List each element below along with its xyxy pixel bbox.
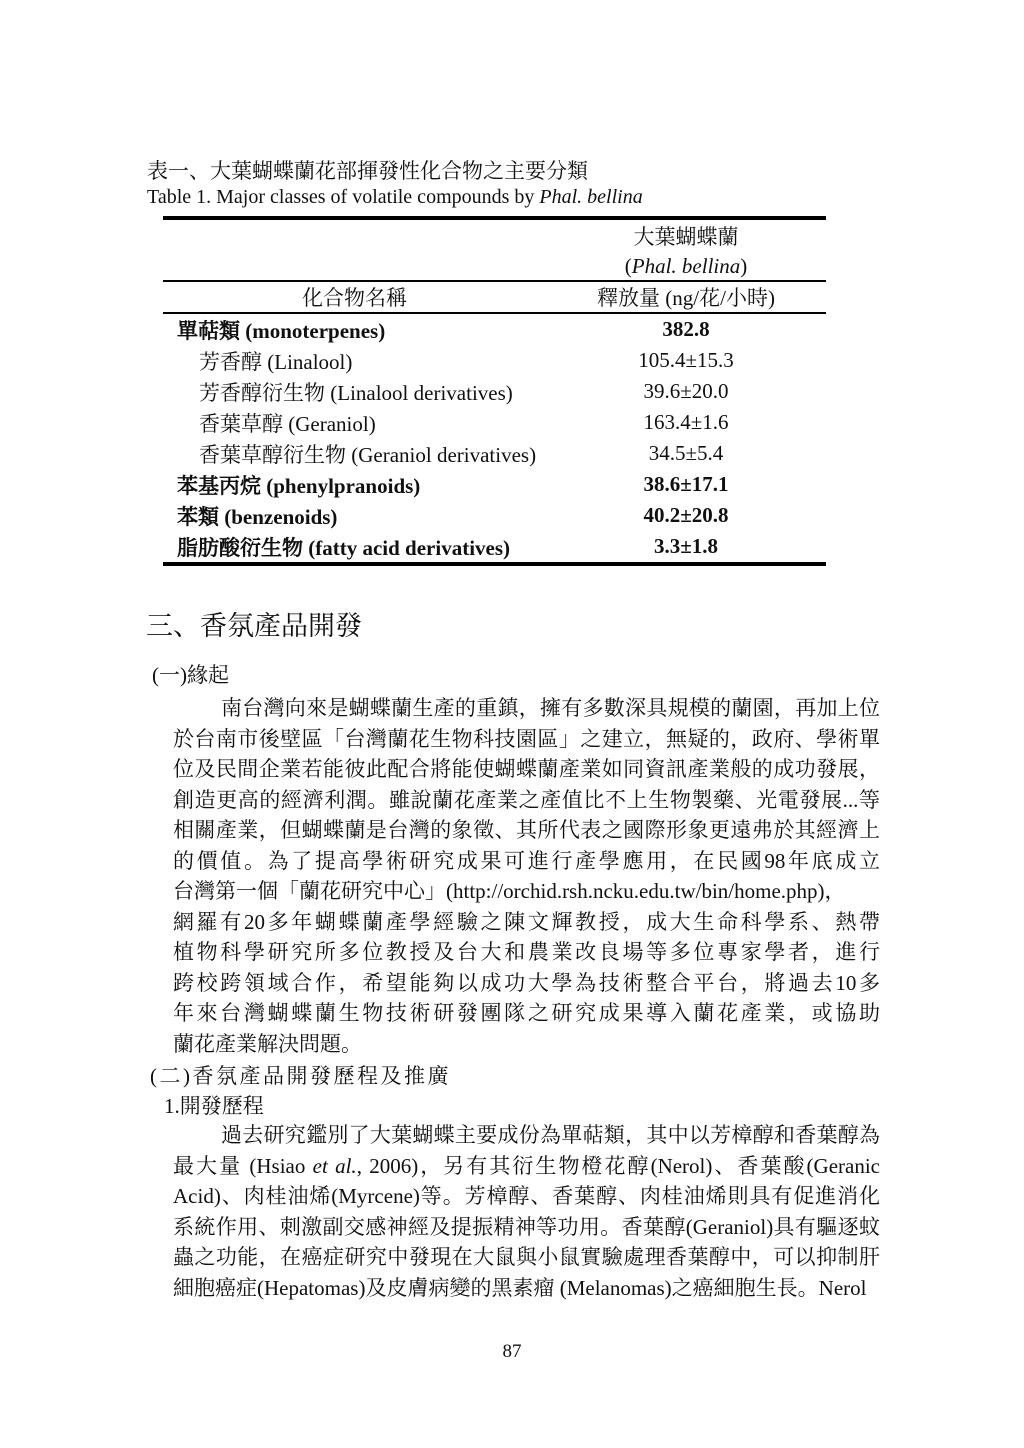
et-al-italic: et al. [313, 1154, 357, 1178]
paragraph-development: 過去研究鑑別了大葉蝴蝶主要成份為單萜類，其中以芳樟醇和香葉醇為 最大量 (Hsi… [173, 1120, 880, 1303]
emission-value-cell: 40.2±20.8 [546, 503, 826, 528]
document-page: 表一、大葉蝴蝶蘭花部揮發性化合物之主要分類 Table 1. Major cla… [0, 0, 1024, 1448]
compound-name-cell: 單萜類 (monoterpenes) [163, 315, 546, 345]
table-row: 單萜類 (monoterpenes) 382.8 [163, 314, 826, 345]
text-line: 系統作用、刺激副交感神經及提振精神等功用。香葉醇(Geraniol)具有驅逐蚊 [173, 1212, 880, 1243]
species-name-italic: Phal. bellina [539, 186, 642, 208]
list-item-development-history: 1.開發歷程 [164, 1090, 264, 1120]
emission-value-cell: 382.8 [546, 317, 826, 342]
table-column-header-row: 化合物名稱 釋放量 (ng/花/小時) [163, 282, 826, 314]
text-line: 年來台灣蝴蝶蘭生物技術研發團隊之研究成果導入蘭花產業，或協助 [173, 998, 880, 1029]
emission-value-cell: 163.4±1.6 [546, 410, 826, 435]
compound-name-cell: 芳香醇 (Linalool) [163, 346, 546, 376]
compound-name-cell: 苯類 (benzenoids) [163, 501, 546, 531]
subsection-heading-origin: (一)緣起 [152, 659, 229, 689]
text-line: 蘭花產業解決問題。 [173, 1029, 880, 1060]
group-header-cell: 大葉蝴蝶蘭 (Phal. bellina) [546, 220, 826, 281]
emission-column-header: 釋放量 (ng/花/小時) [546, 282, 826, 312]
text-line: 最大量 (Hsiao et al., 2006)，另有其衍生物橙花醇(Nerol… [173, 1151, 880, 1182]
compound-name-cell: 芳香醇衍生物 (Linalool derivatives) [163, 377, 546, 407]
emission-value-cell: 105.4±15.3 [546, 348, 826, 373]
table-caption-zh: 表一、大葉蝴蝶蘭花部揮發性化合物之主要分類 [147, 155, 588, 185]
text-line: 網羅有20多年蝴蝶蘭產學經驗之陳文輝教授，成大生命科學系、熱帶 [173, 907, 880, 938]
text-line: Acid)、肉桂油烯(Myrcene)等。芳樟醇、香葉醇、肉桂油烯則具有促進消化 [173, 1181, 880, 1212]
table-row: 脂肪酸衍生物 (fatty acid derivatives) 3.3±1.8 [163, 531, 826, 562]
text-line: 過去研究鑑別了大葉蝴蝶主要成份為單萜類，其中以芳樟醇和香葉醇為 [173, 1120, 880, 1151]
table-row: 苯基丙烷 (phenylpranoids) 38.6±17.1 [163, 469, 826, 500]
table-group-header-row: 大葉蝴蝶蘭 (Phal. bellina) [163, 220, 826, 282]
emission-value-cell: 38.6±17.1 [546, 472, 826, 497]
paragraph-origin: 南台灣向來是蝴蝶蘭生產的重鎮，擁有多數深具規模的蘭園，再加上位 於台南市後壁區「… [173, 693, 880, 1059]
emission-value-cell: 34.5±5.4 [546, 441, 826, 466]
text-line: 植物科學研究所多位教授及台大和農業改良場等多位專家學者，進行 [173, 937, 880, 968]
table-row: 芳香醇 (Linalool) 105.4±15.3 [163, 345, 826, 376]
section-heading: 三、香氛產品開發 [146, 604, 362, 643]
subsection-heading-development: (二)香氛產品開發歷程及推廣 [150, 1060, 451, 1090]
volatile-compounds-table: 大葉蝴蝶蘭 (Phal. bellina) 化合物名稱 釋放量 (ng/花/小時… [163, 216, 826, 566]
table-row: 芳香醇衍生物 (Linalool derivatives) 39.6±20.0 [163, 376, 826, 407]
text-line-url: 台灣第一個「蘭花研究中心」(http://orchid.rsh.ncku.edu… [173, 876, 880, 907]
text-line: 蟲之功能，在癌症研究中發現在大鼠與小鼠實驗處理香葉醇中，可以抑制肝 [173, 1242, 880, 1273]
text-line: 細胞癌症(Hepatomas)及皮膚病變的黑素瘤 (Melanomas)之癌細胞… [173, 1273, 880, 1304]
table-caption-en: Table 1. Major classes of volatile compo… [147, 186, 643, 209]
table-row: 香葉草醇衍生物 (Geraniol derivatives) 34.5±5.4 [163, 438, 826, 469]
group-header-zh: 大葉蝴蝶蘭 [546, 223, 826, 252]
text-line: 創造更高的經濟利潤。雖說蘭花產業之產值比不上生物製藥、光電發展...等 [173, 785, 880, 816]
table-row: 苯類 (benzenoids) 40.2±20.8 [163, 500, 826, 531]
compound-name-cell: 香葉草醇 (Geraniol) [163, 408, 546, 438]
compound-name-cell: 苯基丙烷 (phenylpranoids) [163, 470, 546, 500]
table-caption-en-prefix: Table 1. Major classes of volatile compo… [147, 186, 539, 208]
text-line: 跨校跨領域合作，希望能夠以成功大學為技術整合平台，將過去10多 [173, 968, 880, 999]
compound-name-cell: 脂肪酸衍生物 (fatty acid derivatives) [163, 532, 546, 562]
species-name-italic: Phal. bellina [632, 254, 741, 278]
text-line: 的價值。為了提高學術研究成果可進行產學應用，在民國98年底成立 [173, 846, 880, 877]
group-header-latin: (Phal. bellina) [546, 252, 826, 281]
text-line: 相關產業，但蝴蝶蘭是台灣的象徵、其所代表之國際形象更遠弗於其經濟上 [173, 815, 880, 846]
emission-value-cell: 39.6±20.0 [546, 379, 826, 404]
text-line: 南台灣向來是蝴蝶蘭生產的重鎮，擁有多數深具規模的蘭園，再加上位 [173, 693, 880, 724]
table-row: 香葉草醇 (Geraniol) 163.4±1.6 [163, 407, 826, 438]
text-line: 位及民間企業若能彼此配合將能使蝴蝶蘭產業如同資訊產業般的成功發展， [173, 754, 880, 785]
text-line: 於台南市後壁區「台灣蘭花生物科技園區」之建立，無疑的，政府、學術單 [173, 724, 880, 755]
compound-column-header: 化合物名稱 [163, 282, 546, 312]
emission-value-cell: 3.3±1.8 [546, 534, 826, 559]
page-number: 87 [0, 1341, 1024, 1363]
compound-name-cell: 香葉草醇衍生物 (Geraniol derivatives) [163, 439, 546, 469]
